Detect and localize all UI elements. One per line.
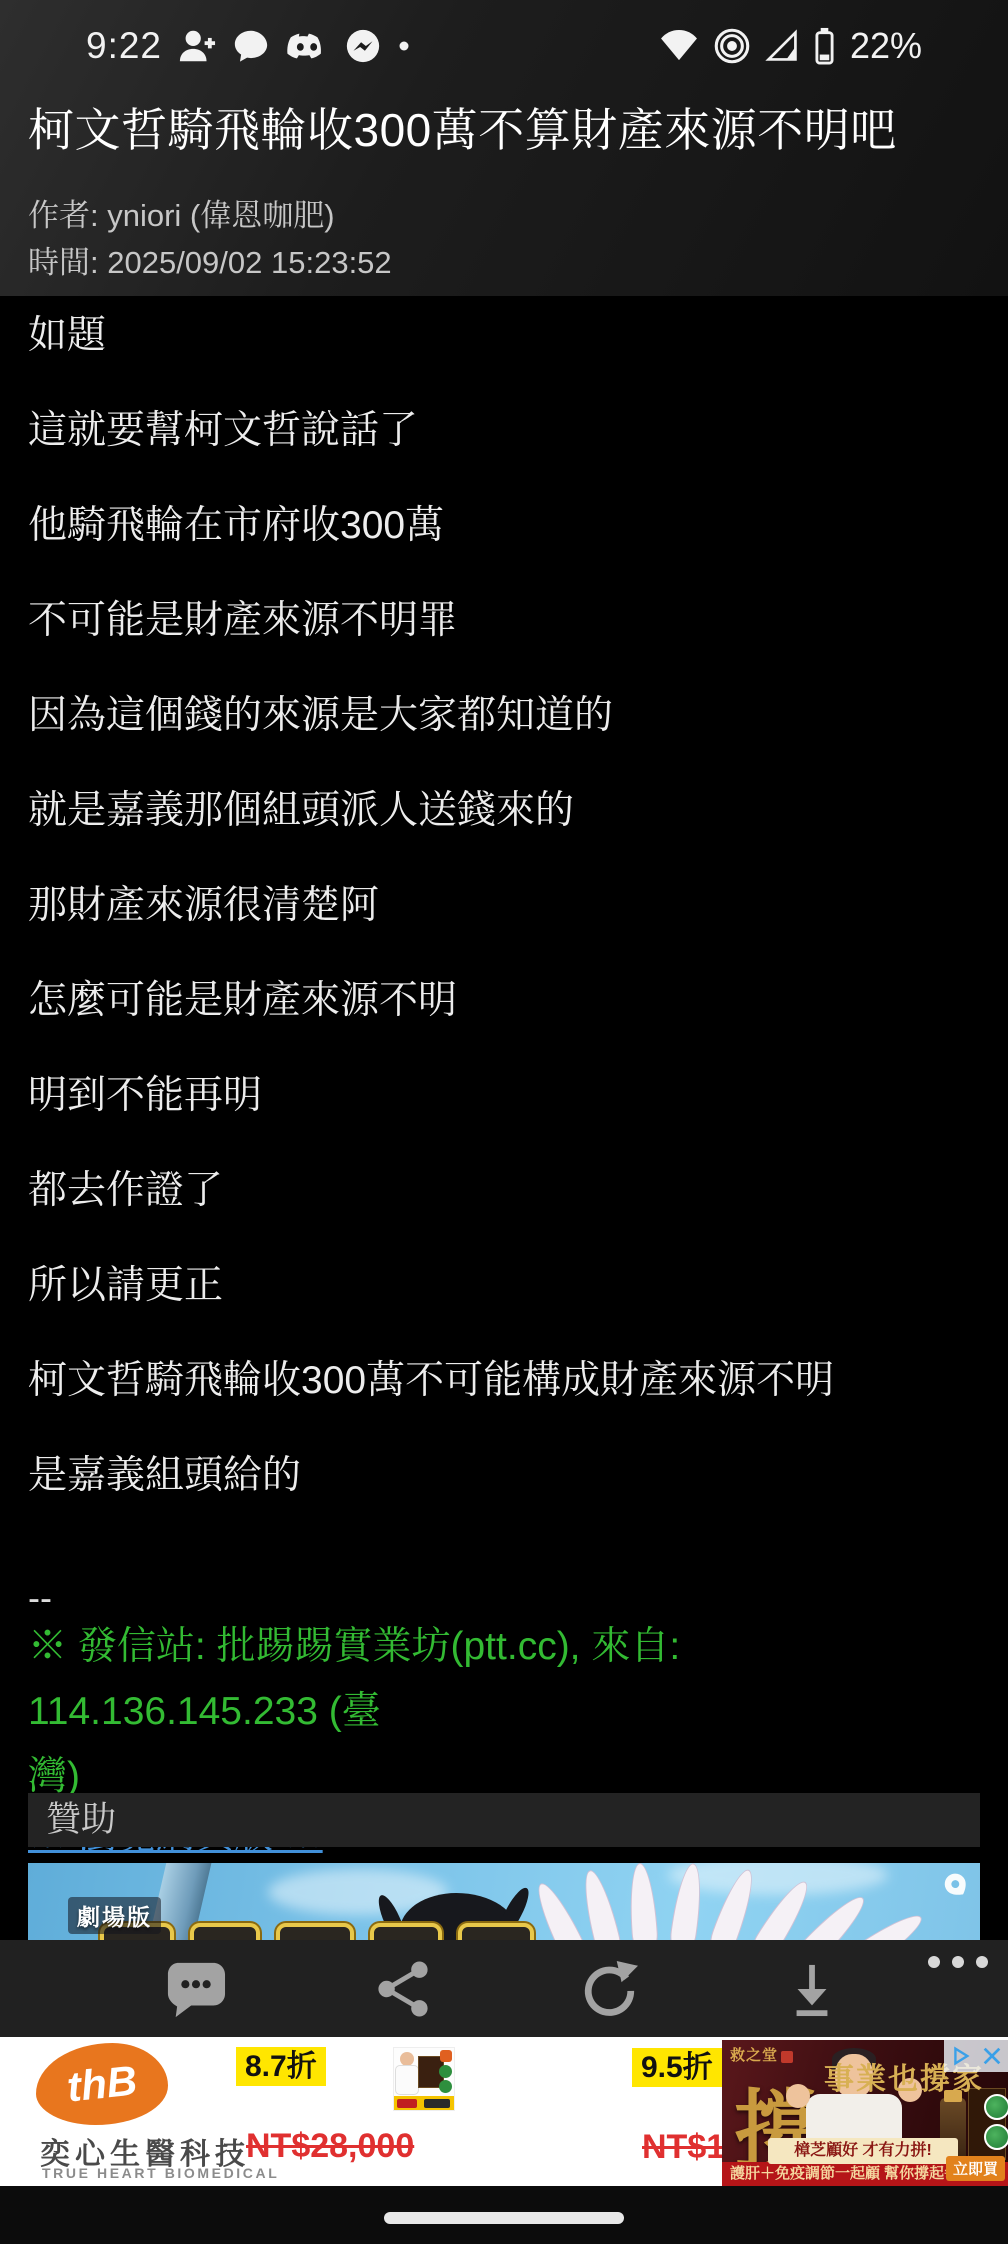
body-paragraph: 如題 [28,312,980,360]
body-paragraph: 都去作證了 [28,1167,980,1215]
messenger-icon [344,27,382,65]
play-icon [949,2045,971,2067]
body-paragraph: 就是嘉義那個組頭派人送錢來的 [28,787,980,835]
thumb-badge [440,2050,452,2062]
advertiser-name-en: TRUE HEART BIOMEDICAL [42,2165,279,2181]
ad-close-button[interactable] [976,2040,1008,2072]
ad-play-button[interactable] [944,2040,976,2072]
cell-signal-icon [765,29,799,63]
health-cert-badge [984,2124,1008,2150]
wifi-icon [659,29,699,63]
thumb-badge [439,2065,452,2078]
sponsor-label: 贊助 [46,1800,116,1839]
clock: 9:22 [86,25,162,67]
status-bar: 9:22 22% [0,20,1008,72]
comments-button[interactable] [165,1960,227,2020]
share-button[interactable] [376,1960,430,2018]
wing-feather [529,1878,593,1940]
notification-dot-icon [398,40,410,52]
title-glyph [276,1923,354,1940]
status-left: 9:22 [86,20,410,72]
origin-line: ※ 發信站: 批踢踢實業坊(ptt.cc), 來自: 114.136.145.2… [28,1614,980,1809]
author-line: 作者: yniori (偉恩咖肥) [28,192,392,239]
body-paragraph: 不可能是財產來源不明罪 [28,597,980,645]
close-icon [981,2045,1003,2067]
thumb-price-mark [397,2099,417,2108]
ad-slogan-banner: 樟芝顧好 才有力拼! [768,2138,958,2164]
title-glyph [458,1923,534,1940]
bottom-toolbar [0,1940,1008,2038]
chat-bubble-icon [232,27,270,65]
product-thumbnail[interactable] [393,2047,455,2111]
wing-feather [577,1867,624,1940]
body-paragraph: 怎麼可能是財產來源不明 [28,977,980,1025]
ad-controls [944,2040,1008,2072]
ad-banner[interactable]: thB 奕心生醫科技 TRUE HEART BIOMEDICAL 8.7折 NT… [0,2037,1008,2186]
screen: 9:22 22% 柯文哲騎飛輪收300萬不算財產來源不明吧 作者: yniori… [0,0,1008,2244]
gesture-handle[interactable] [384,2212,624,2224]
title-glyph [190,1923,260,1940]
signature-dashes: -- [28,1578,980,1618]
body-paragraph: 明到不能再明 [28,1072,980,1120]
movie-version-badge: 劇場版 [68,1897,161,1934]
brand-seal [781,2051,793,2063]
body-paragraph: 因為這個錢的來源是大家都知道的 [28,692,980,740]
discord-icon [286,29,328,63]
battery-icon [814,27,835,65]
post-meta: 作者: yniori (偉恩咖肥) 時間: 2025/09/02 15:23:5… [28,192,392,286]
sponsor-label-bar: 贊助 [28,1793,980,1847]
hotspot-icon [714,28,750,64]
page-title: 柯文哲騎飛輪收300萬不算財產來源不明吧 [28,94,980,160]
thumb-badge [439,2080,452,2093]
post-header: 9:22 22% 柯文哲騎飛輪收300萬不算財產來源不明吧 作者: yniori… [0,0,1008,296]
thumb-figure-body [395,2065,419,2095]
wing-feather [627,1863,659,1940]
body-paragraph: 那財產來源很清楚阿 [28,882,980,930]
health-cert-badge [984,2094,1008,2120]
body-paragraph: 柯文哲騎飛輪收300萬不可能構成財產來源不明 [28,1357,980,1405]
advertiser-logo-text: thB [65,2056,140,2111]
discount-badge-1: 8.7折 [236,2047,326,2086]
status-right: 22% [659,20,922,72]
time-line: 時間: 2025/09/02 15:23:52 [28,239,392,286]
original-price-1: NT$28,000 [246,2127,414,2166]
body-paragraph: 是嘉義組頭給的 [28,1452,980,1500]
thumb-price-mark [424,2099,450,2108]
body-paragraph: 這就要幫柯文哲說話了 [28,407,980,455]
body-paragraph: 他騎飛輪在市府收300萬 [28,502,980,550]
discount-badge-2: 9.5折 [632,2048,722,2087]
post-body: 如題 這就要幫柯文哲說話了 他騎飛輪在市府收300萬 不可能是財產來源不明罪 因… [28,296,980,1859]
sponsor-ad-banner[interactable]: 劇場版 [28,1863,980,1940]
thumb-figure-head [400,2052,414,2066]
person-add-icon [178,27,216,65]
more-options-button[interactable] [926,1954,990,1970]
ad-info-icon[interactable] [936,1865,975,1904]
gesture-nav-bar [0,2186,1008,2244]
title-glyph [370,1923,442,1940]
spokesman-fist-left [786,2084,810,2108]
download-button[interactable] [785,1962,839,2018]
supplement-ad[interactable]: 救之堂 撐 事業也撐家 樟芝顧好 才有力拼! 護肝＋免疫調節一起顧 幫你撐起每一… [722,2040,1008,2186]
battery-percent: 22% [850,25,922,67]
advertiser-logo: thB [36,2043,168,2125]
buy-now-button[interactable]: 立即買 [946,2156,1005,2181]
body-paragraph: 所以請更正 [28,1262,980,1310]
cloud-shape [668,1863,888,1895]
movie-title-clipped [100,1923,534,1940]
refresh-button[interactable] [580,1959,638,2019]
